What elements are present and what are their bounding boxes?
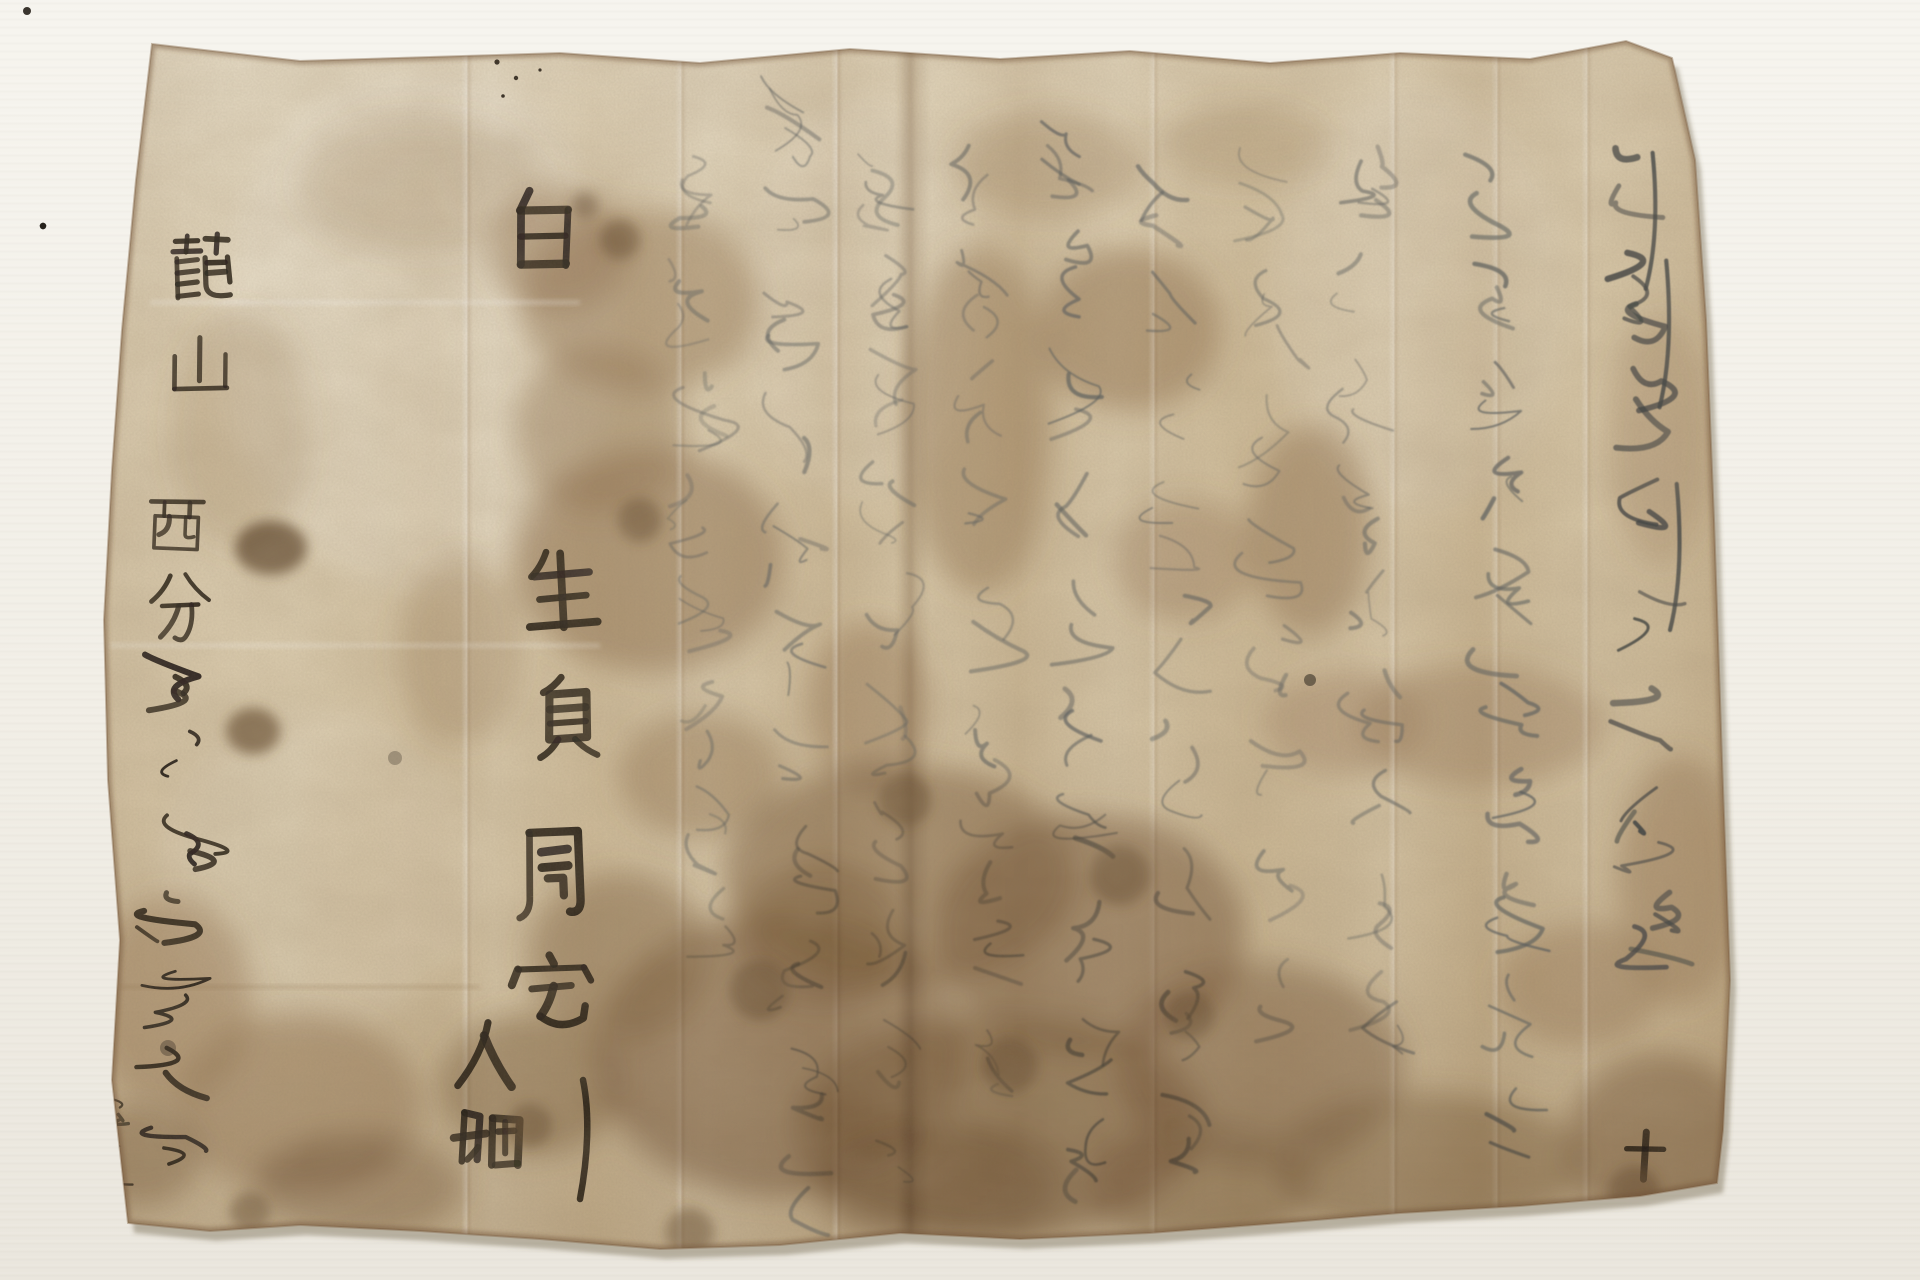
manuscript-photo-canvas	[0, 0, 1920, 1280]
background-specks	[23, 7, 46, 229]
paper-grain-texture	[0, 0, 1920, 1280]
photograph-of-manuscript: Photograph of an antique, creased and he…	[0, 0, 1920, 1280]
paper-surface	[0, 0, 1920, 1280]
